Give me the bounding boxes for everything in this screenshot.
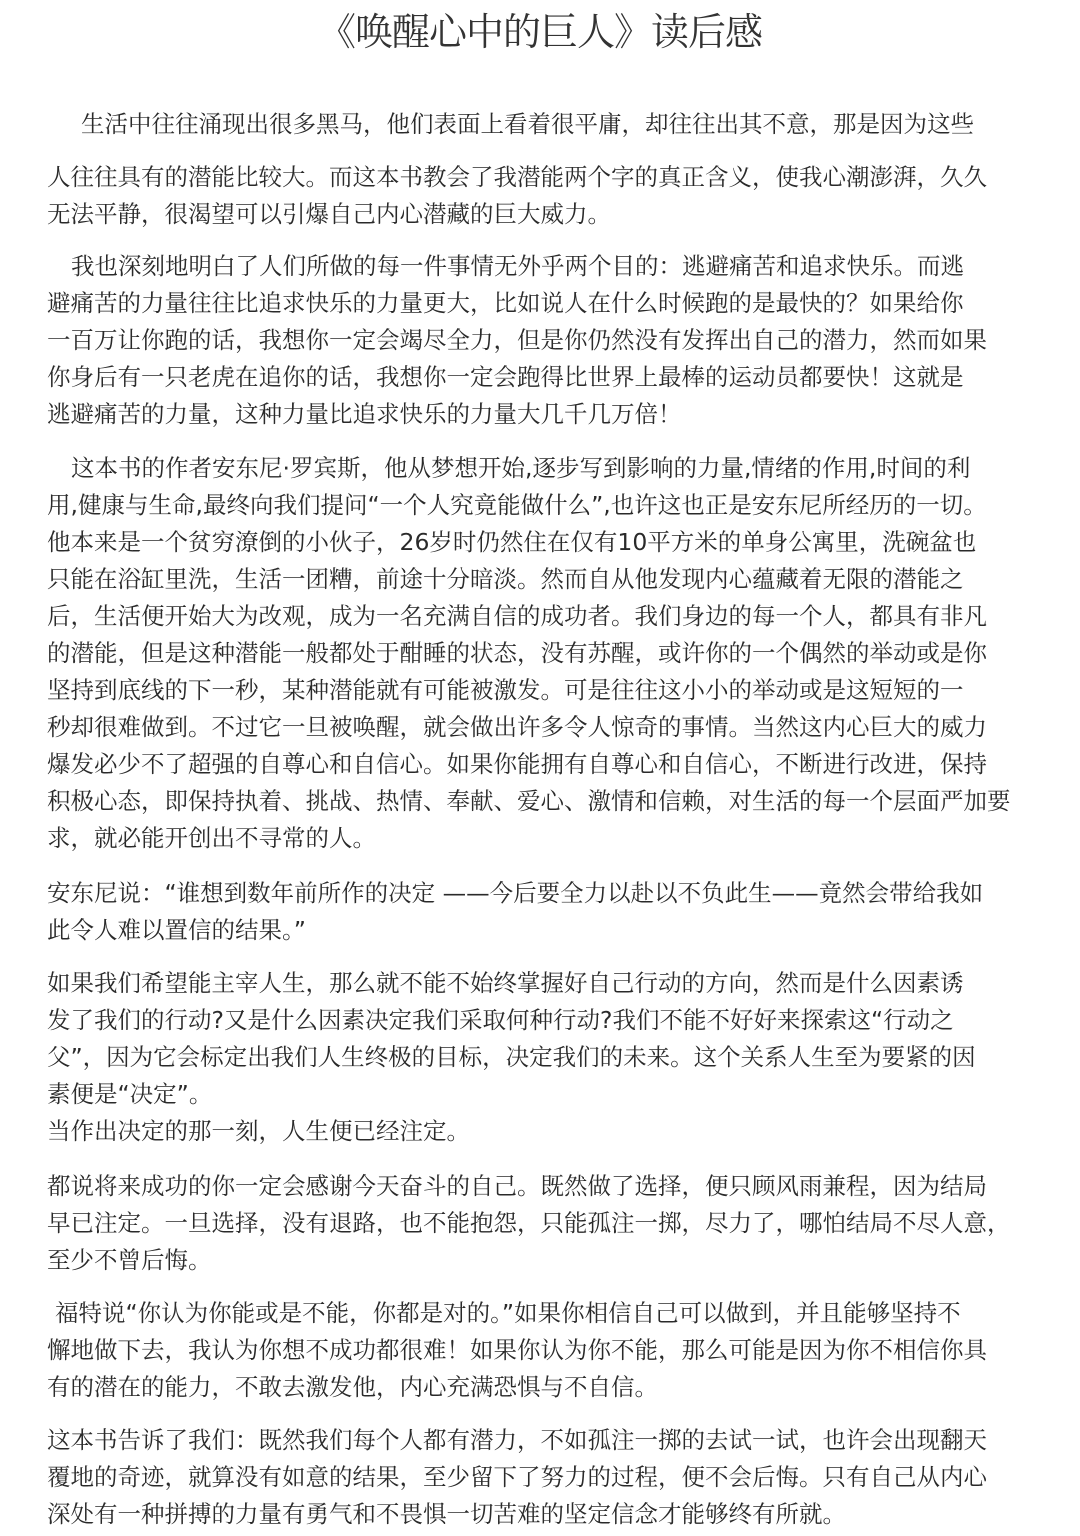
text-line: 积极心态，即保持执着、挑战、热情、奉献、爱心、激情和信赖，对生活的每一个层面严加… xyxy=(47,783,1047,820)
text-line: 坚持到底线的下一秒，某种潜能就有可能被激发。可是往往这小小的举动或是这短短的一 xyxy=(47,672,1047,709)
text-line: 福特说“你认为你能或是不能，你都是对的。”如果你相信自己可以做到，并且能够坚持不 xyxy=(47,1295,1047,1332)
text-line: 父”，因为它会标定出我们人生终极的目标，决定我们的未来。这个关系人生至为要紧的因 xyxy=(47,1039,1047,1076)
text-line: 这本书的作者安东尼·罗宾斯，他从梦想开始,逐步写到影响的力量,情绪的作用,时间的… xyxy=(47,450,1047,487)
text-line: 生活中往往涌现出很多黑马，他们表面上看着很平庸，却往往出其不意，那是因为这些 xyxy=(47,106,1047,143)
paragraph-3: 这本书的作者安东尼·罗宾斯，他从梦想开始,逐步写到影响的力量,情绪的作用,时间的… xyxy=(47,450,1047,857)
text-line: 的潜能，但是这种潜能一般都处于酣睡的状态，没有苏醒，或许你的一个偶然的举动或是你 xyxy=(47,635,1047,672)
text-line: 懈地做下去，我认为你想不成功都很难！如果你认为你不能，那么可能是因为你不相信你具 xyxy=(47,1332,1047,1369)
text-line: 安东尼说：“谁想到数年前所作的决定 ——今后要全力以赴以不负此生——竟然会带给我… xyxy=(47,875,1047,912)
text-line: 当作出决定的那一刻，人生便已经注定。 xyxy=(47,1113,1047,1150)
paragraph-2: 我也深刻地明白了人们所做的每一件事情无外乎两个目的：逃避痛苦和追求快乐。而逃 避… xyxy=(47,248,1047,433)
text-line: 他本来是一个贫穷潦倒的小伙子，26岁时仍然住在仅有10平方米的单身公寓里，洗碗盆… xyxy=(47,524,1047,561)
text-line: 逃避痛苦的力量，这种力量比追求快乐的力量大几千几万倍！ xyxy=(47,396,1047,433)
paragraph-6: 都说将来成功的你一定会感谢今天奋斗的自己。既然做了选择，便只顾风雨兼程，因为结局… xyxy=(47,1168,1047,1279)
text-line: 覆地的奇迹，就算没有如意的结果，至少留下了努力的过程，便不会后悔。只有自己从内心 xyxy=(47,1459,1047,1496)
text-line: 人往往具有的潜能比较大。而这本书教会了我潜能两个字的真正含义，使我心潮澎湃，久久 xyxy=(47,159,1047,196)
text-line: 爆发必少不了超强的自尊心和自信心。如果你能拥有自尊心和自信心，不断进行改进，保持 xyxy=(47,746,1047,783)
text-line: 至少不曾后悔。 xyxy=(47,1242,1047,1279)
text-line: 只能在浴缸里洗，生活一团糟，前途十分暗淡。然而自从他发现内心蕴藏着无限的潜能之 xyxy=(47,561,1047,598)
text-line: 素便是“决定”。 xyxy=(47,1076,1047,1113)
text-line: 秒却很难做到。不过它一旦被唤醒，就会做出许多令人惊奇的事情。当然这内心巨大的威力 xyxy=(47,709,1047,746)
text-line: 我也深刻地明白了人们所做的每一件事情无外乎两个目的：逃避痛苦和追求快乐。而逃 xyxy=(47,248,1047,285)
text-line: 这本书告诉了我们：既然我们每个人都有潜力，不如孤注一掷的去试一试，也许会出现翻天 xyxy=(47,1422,1047,1459)
text-line: 都说将来成功的你一定会感谢今天奋斗的自己。既然做了选择，便只顾风雨兼程，因为结局 xyxy=(47,1168,1047,1205)
paragraph-5: 如果我们希望能主宰人生，那么就不能不始终掌握好自己行动的方向，然而是什么因素诱 … xyxy=(47,965,1047,1150)
text-line: 用,健康与生命,最终向我们提问“一个人究竟能做什么”,也许这也正是安东尼所经历的… xyxy=(47,487,1047,524)
text-line: 深处有一种拼搏的力量有勇气和不畏惧一切苦难的坚定信念才能够终有所就。 xyxy=(47,1496,1047,1533)
text-line: 避痛苦的力量往往比追求快乐的力量更大，比如说人在什么时候跑的是最快的？如果给你 xyxy=(47,285,1047,322)
document-title: 《唤醒心中的巨人》读后感 xyxy=(0,6,1080,58)
text-line: 一百万让你跑的话，我想你一定会竭尽全力，但是你仍然没有发挥出自己的潜力，然而如果 xyxy=(47,322,1047,359)
paragraph-8: 这本书告诉了我们：既然我们每个人都有潜力，不如孤注一掷的去试一试，也许会出现翻天… xyxy=(47,1422,1047,1533)
text-line: 如果我们希望能主宰人生，那么就不能不始终掌握好自己行动的方向，然而是什么因素诱 xyxy=(47,965,1047,1002)
text-line: 求，就必能开创出不寻常的人。 xyxy=(47,820,1047,857)
text-line: 无法平静，很渴望可以引爆自己内心潜藏的巨大威力。 xyxy=(47,196,1047,233)
text-line: 你身后有一只老虎在追你的话，我想你一定会跑得比世界上最棒的运动员都要快！这就是 xyxy=(47,359,1047,396)
text-line: 有的潜在的能力，不敢去激发他，内心充满恐惧与不自信。 xyxy=(47,1369,1047,1406)
text-line: 此令人难以置信的结果。” xyxy=(47,912,1047,949)
paragraph-4: 安东尼说：“谁想到数年前所作的决定 ——今后要全力以赴以不负此生——竟然会带给我… xyxy=(47,875,1047,949)
paragraph-1: 生活中往往涌现出很多黑马，他们表面上看着很平庸，却往往出其不意，那是因为这些 人… xyxy=(47,106,1047,233)
text-line: 后，生活便开始大为改观，成为一名充满自信的成功者。我们身边的每一个人，都具有非凡 xyxy=(47,598,1047,635)
paragraph-7: 福特说“你认为你能或是不能，你都是对的。”如果你相信自己可以做到，并且能够坚持不… xyxy=(47,1295,1047,1406)
text-line: 早已注定。一旦选择，没有退路，也不能抱怨，只能孤注一掷，尽力了，哪怕结局不尽人意… xyxy=(47,1205,1047,1242)
text-line: 发了我们的行动?又是什么因素决定我们采取何种行动?我们不能不好好来探索这“行动之 xyxy=(47,1002,1047,1039)
